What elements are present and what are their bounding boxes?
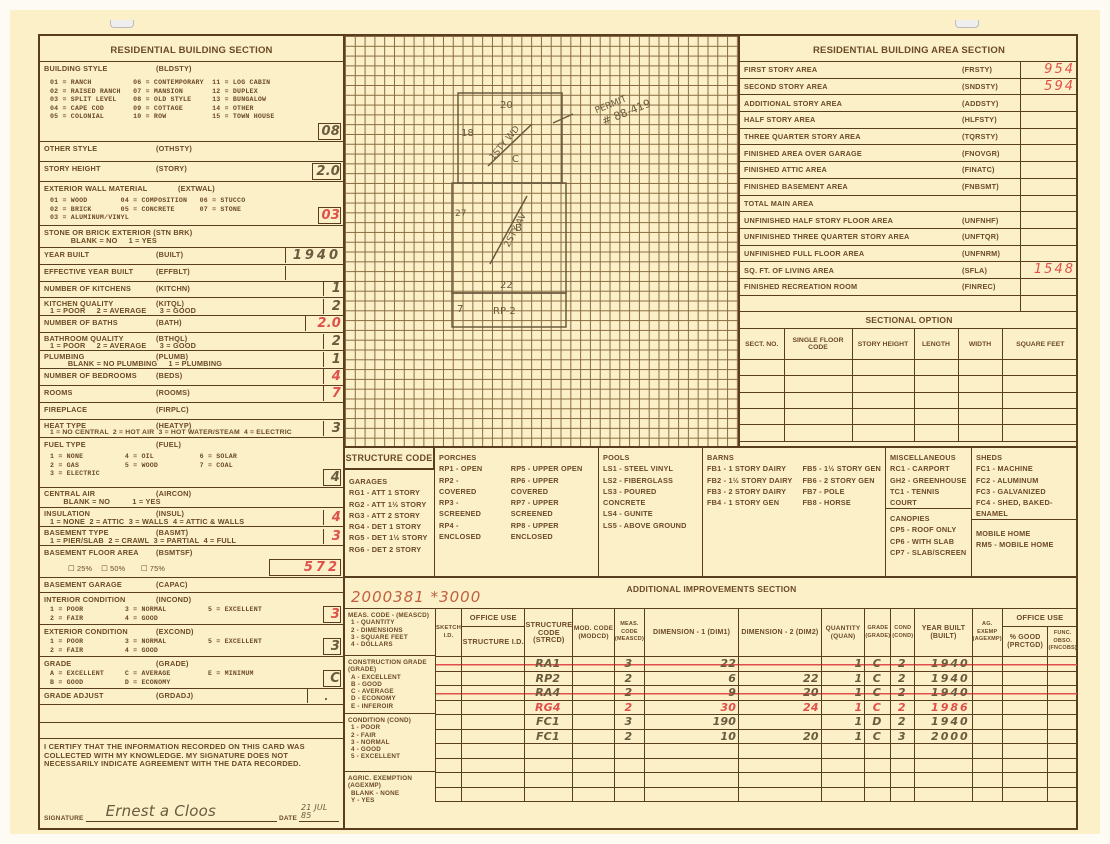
checkbox-75[interactable]: ☐ 75% [141, 564, 165, 573]
cond-cell[interactable]: 2 [891, 686, 915, 701]
year-built-cell[interactable]: 1940 [915, 671, 972, 686]
code-list: RC1 - CARPORTGH2 - GREENHOUSETC1 - TENNI… [890, 463, 967, 508]
basement-floor-area-field[interactable]: BASEMENT FLOOR AREA(BSMTSF) ☐ 25% ☐ 50% … [40, 546, 343, 578]
basement-type-field[interactable]: BASEMENT TYPE(BASMT) 1 = PIER/SLAB 2 = C… [40, 527, 343, 546]
area-value[interactable] [1020, 162, 1078, 178]
code-list: RM5 - MOBILE HOME [976, 539, 1074, 550]
basement-type-value[interactable]: 3 [323, 529, 341, 544]
residential-building-section: RESIDENTIAL BUILDING SECTION BUILDING ST… [40, 36, 345, 828]
year-built-cell[interactable] [915, 787, 972, 802]
code-item: B - GOOD [351, 681, 432, 688]
quantity-cell[interactable] [821, 744, 865, 759]
year-built-cell[interactable]: 1940 [915, 715, 972, 730]
improvement-row[interactable]: FC1 3 190 1 D 2 1940 [436, 715, 1078, 730]
code-list: BLANK - NONEY - YES [348, 790, 432, 805]
grade-cell[interactable]: D [865, 715, 891, 730]
code-item: CP6 - WITH SLAB [890, 536, 967, 547]
kitchens-field[interactable]: NUMBER OF KITCHENS(KITCHN) 1 [40, 282, 343, 298]
svg-text:RP-2: RP-2 [493, 306, 516, 317]
structure-code-cell[interactable]: RA4 [525, 686, 573, 701]
code-item: C - AVERAGE [351, 688, 432, 695]
area-row[interactable]: FINISHED RECREATION ROOM (FINREC) [740, 279, 1078, 296]
sheds-column: SHEDS FC1 - MACHINEFC2 - ALUMINUMFC3 - G… [972, 448, 1078, 520]
code-item: 1 - POOR [351, 724, 432, 731]
grade-cell[interactable]: C [865, 729, 891, 744]
fuel-type-field[interactable]: FUEL TYPE(FUEL) 1 = NONE 4 = OIL 6 = SOL… [40, 438, 343, 488]
area-value[interactable] [1020, 112, 1078, 128]
checkbox-25[interactable]: ☐ 25% [68, 564, 92, 573]
bedrooms-value[interactable]: 4 [323, 369, 341, 384]
code-list: LS1 - STEEL VINYLLS2 - FIBERGLASSLS3 - P… [603, 463, 698, 531]
interior-condition-value[interactable]: 3 [323, 606, 341, 623]
code-item: GH2 - GREENHOUSE [890, 475, 967, 486]
code-item: RM5 - MOBILE HOME [976, 539, 1074, 550]
code-item: RG5 - DET 1½ STORY [349, 532, 430, 543]
code-list: 1 - QUANTITY2 - DIMENSIONS3 - SQUARE FEE… [348, 619, 432, 648]
meas-code-cell[interactable]: 2 [614, 729, 644, 744]
basement-garage-field[interactable]: BASEMENT GARAGE(CAPAC) [40, 578, 343, 593]
improvement-row[interactable] [436, 744, 1078, 759]
code-list: RP5 - UPPER OPENRP6 - UPPER COVEREDRP7 -… [511, 463, 594, 542]
section-title: RESIDENTIAL BUILDING SECTION [40, 36, 343, 62]
pools-column: POOLS LS1 - STEEL VINYLLS2 - FIBERGLASSL… [599, 448, 703, 576]
heat-type-field[interactable]: HEAT TYPE(HEATYP) 1 = NO CENTRAL 2 = HOT… [40, 420, 343, 438]
bath-quality-value[interactable]: 2 [323, 334, 341, 349]
code-item: FC3 - GALVANIZED [976, 486, 1074, 497]
code-item: FB2 - 1½ STORY DAIRY [707, 475, 793, 486]
sectional-row[interactable] [740, 408, 1078, 424]
improvement-row[interactable]: RP2 2 6 22 1 C 2 1940 [436, 671, 1078, 686]
code-item: RP1 - OPEN [439, 463, 497, 474]
meas-code-cell[interactable]: 2 [614, 686, 644, 701]
meas-code-cell[interactable]: 2 [614, 671, 644, 686]
section-title: RESIDENTIAL BUILDING AREA SECTION [740, 36, 1078, 62]
area-value[interactable] [1020, 145, 1078, 161]
sectional-row[interactable] [740, 392, 1078, 408]
cond-cell[interactable] [891, 787, 915, 802]
canopies-column: CANOPIES CP5 - ROOF ONLYCP6 - WITH SLABC… [886, 509, 972, 576]
svg-text:20: 20 [500, 100, 513, 111]
quantity-cell[interactable]: 1 [821, 686, 865, 701]
improvement-row[interactable]: FC1 2 10 20 1 C 3 2000 [436, 729, 1078, 744]
cond-cell[interactable] [891, 744, 915, 759]
code-item: FC1 - MACHINE [976, 463, 1074, 474]
quantity-cell[interactable] [821, 758, 865, 773]
plumbing-value[interactable]: 1 [323, 352, 341, 367]
improvement-row[interactable] [436, 787, 1078, 802]
svg-text:27: 27 [455, 209, 466, 219]
signature-block: SIGNATURE Ernest a Cloos DATE 21 JUL 85 [44, 804, 339, 822]
code-item: RG3 - ATT 2 STORY [349, 510, 430, 521]
area-row[interactable]: SQ. FT. OF LIVING AREA (SFLA) 1548 [740, 262, 1078, 279]
meas-code-cell[interactable]: 2 [614, 700, 644, 715]
improvements-table: SKETCH I.D. OFFICE USE STRUCTURE CODE (S… [435, 608, 1078, 802]
dim2-cell[interactable]: 24 [739, 700, 822, 715]
mobile-home-column: MOBILE HOME RM5 - MOBILE HOME [972, 520, 1078, 576]
code-item: FB4 - 1 STORY GEN [707, 497, 793, 508]
meas-code-cell[interactable] [614, 758, 644, 773]
code-item: FC2 - ALUMINUM [976, 475, 1074, 486]
cond-cell[interactable]: 2 [891, 715, 915, 730]
sectional-row[interactable] [740, 376, 1078, 392]
plumbing-field[interactable]: PLUMBING(PLUMB) BLANK = NO PLUMBING 1 = … [40, 351, 343, 369]
code-item: RP6 - UPPER COVERED [511, 475, 594, 498]
area-row[interactable]: UNFINISHED HALF STORY FLOOR AREA (UNFNHF… [740, 212, 1078, 229]
code-list: RP1 - OPENRP2 - COVEREDRP3 - SCREENEDRP4… [439, 463, 497, 542]
dim2-cell[interactable] [739, 657, 822, 672]
area-value[interactable] [1020, 196, 1078, 212]
baths-field[interactable]: NUMBER OF BATHS(BATH) 2.0 [40, 316, 343, 333]
exterior-wall-field[interactable]: EXTERIOR WALL MATERIAL(EXTWAL) 01 = WOOD… [40, 182, 343, 226]
svg-text:22: 22 [500, 280, 513, 291]
dim1-cell[interactable]: 6 [645, 671, 739, 686]
dim2-cell[interactable] [739, 715, 822, 730]
certification-text: I CERTIFY THAT THE INFORMATION RECORDED … [40, 739, 343, 773]
building-style-value[interactable]: 08 [318, 123, 342, 140]
paper-clip-mark [955, 20, 979, 28]
code-item: LS5 - ABOVE GROUND [603, 520, 698, 531]
code-item: FB7 - POLE [803, 486, 881, 497]
code-item: RP2 - COVERED [439, 475, 497, 498]
structure-code-title: STRUCTURE CODE [345, 448, 435, 470]
fuel-type-value[interactable]: 4 [323, 469, 341, 486]
kitchen-quality-value[interactable]: 2 [323, 299, 341, 314]
code-item: 2 - FAIR [351, 732, 432, 739]
grade-cell[interactable] [865, 744, 891, 759]
code-item: TC1 - TENNIS COURT [890, 486, 967, 509]
code-item: 2 - DIMENSIONS [351, 627, 432, 634]
year-built-cell[interactable]: 1986 [915, 700, 972, 715]
dim1-cell[interactable]: 190 [645, 715, 739, 730]
area-value[interactable]: 1548 [1020, 262, 1078, 278]
code-list: FB1 - 1 STORY DAIRYFB2 - 1½ STORY DAIRYF… [707, 463, 793, 508]
code-item: D - ECONOMY [351, 695, 432, 702]
code-item: 4 - DOLLARS [351, 641, 432, 648]
quantity-cell[interactable]: 1 [821, 657, 865, 672]
year-built-cell[interactable]: 1940 [915, 657, 972, 672]
year-built-cell[interactable] [915, 773, 972, 788]
grade-cell[interactable] [865, 758, 891, 773]
dim2-cell[interactable]: 22 [739, 671, 822, 686]
cond-cell[interactable] [891, 758, 915, 773]
improvement-row[interactable]: RA4 2 9 20 1 C 2 1940 [436, 686, 1078, 701]
improvement-row[interactable] [436, 758, 1078, 773]
code-item: 1 - QUANTITY [351, 619, 432, 626]
sectional-option-title: SECTIONAL OPTION [740, 312, 1078, 329]
area-row[interactable]: FINISHED AREA OVER GARAGE (FNOVGR) [740, 145, 1078, 162]
code-list: 1 - POOR2 - FAIR3 - NORMAL4 - GOOD5 - EX… [348, 724, 432, 760]
cond-cell[interactable] [891, 773, 915, 788]
bath-quality-field[interactable]: BATHROOM QUALITY(BTHQL) 1 = POOR 2 = AVE… [40, 333, 343, 351]
grade-cell[interactable] [865, 773, 891, 788]
code-item: 3 - SQUARE FEET [351, 634, 432, 641]
garages-column: GARAGES RG1 - ATT 1 STORYRG2 - ATT 1½ ST… [345, 470, 435, 576]
code-item: RP8 - UPPER ENCLOSED [511, 520, 594, 543]
code-list: FB5 - 1½ STORY GENFB6 - 2 STORY GENFB7 -… [803, 463, 881, 508]
quantity-cell[interactable] [821, 787, 865, 802]
cond-cell[interactable]: 2 [891, 657, 915, 672]
code-item: LS2 - FIBERGLASS [603, 475, 698, 486]
dim1-cell[interactable] [645, 773, 739, 788]
other-style-field[interactable]: OTHER STYLE(OTHSTY) [40, 142, 343, 162]
story-height-field[interactable]: STORY HEIGHT(STORY) 2.0 [40, 162, 343, 182]
quantity-cell[interactable]: 1 [821, 715, 865, 730]
dim1-cell[interactable]: 30 [645, 700, 739, 715]
area-value[interactable] [1020, 95, 1078, 111]
dim1-cell[interactable]: 22 [645, 657, 739, 672]
code-item: RG1 - ATT 1 STORY [349, 487, 430, 498]
structure-code-cell[interactable] [525, 787, 573, 802]
code-item: BLANK - NONE [351, 790, 432, 797]
heat-type-value[interactable]: 3 [323, 421, 341, 436]
structure-code-cell[interactable]: FC1 [525, 715, 573, 730]
assessment-form: RESIDENTIAL BUILDING SECTION BUILDING ST… [38, 34, 1078, 830]
basement-floor-area-value[interactable]: 572 [269, 559, 341, 576]
code-item: RP5 - UPPER OPEN [511, 463, 594, 474]
interior-condition-field[interactable]: INTERIOR CONDITION(INCOND) 1 = POOR 3 = … [40, 593, 343, 625]
year-built-value[interactable]: 1940 [285, 248, 341, 263]
year-built-cell[interactable]: 2000 [915, 729, 972, 744]
dim2-cell[interactable] [739, 787, 822, 802]
miscellaneous-column: MISCELLANEOUS RC1 - CARPORTGH2 - GREENHO… [886, 448, 972, 509]
date-field[interactable]: 21 JUL 85 [299, 804, 339, 822]
structure-code-cell[interactable] [525, 744, 573, 759]
code-item: 4 - GOOD [351, 746, 432, 753]
svg-text:B: B [515, 223, 522, 234]
quantity-cell[interactable]: 1 [821, 729, 865, 744]
code-item: FB6 - 2 STORY GEN [803, 475, 881, 486]
dim2-cell[interactable]: 20 [739, 729, 822, 744]
area-value[interactable] [1020, 246, 1078, 262]
dim1-cell[interactable]: 9 [645, 686, 739, 701]
quantity-cell[interactable]: 1 [821, 671, 865, 686]
code-item: FB8 - HORSE [803, 497, 881, 508]
dim1-cell[interactable] [645, 744, 739, 759]
area-row[interactable]: UNFINISHED THREE QUARTER STORY AREA (UNF… [740, 229, 1078, 246]
year-built-cell[interactable]: 1940 [915, 686, 972, 701]
area-row[interactable]: UNFINISHED FULL FLOOR AREA (UNFNRM) [740, 246, 1078, 263]
structure-code-cell[interactable] [525, 758, 573, 773]
additional-improvements-section: 2000381 *3000 ADDITIONAL IMPROVEMENTS SE… [345, 578, 1078, 828]
meas-code-cell[interactable]: 3 [614, 715, 644, 730]
stone-brick-field[interactable]: STONE OR BRICK EXTERIOR (STN BRK) BLANK … [40, 226, 343, 248]
cond-cell[interactable]: 2 [891, 671, 915, 686]
code-item: CP5 - ROOF ONLY [890, 524, 967, 535]
code-item: RG2 - ATT 1½ STORY [349, 499, 430, 510]
grade-cell[interactable] [865, 787, 891, 802]
exterior-condition-field[interactable]: EXTERIOR CONDITION(EXCOND) 1 = POOR 3 = … [40, 625, 343, 657]
code-item: LS4 - GUNITE [603, 508, 698, 519]
grade-value[interactable]: C [323, 670, 341, 687]
svg-text:18: 18 [461, 128, 474, 139]
sectional-row[interactable] [740, 359, 1078, 375]
code-item: LS1 - STEEL VINYL [603, 463, 698, 474]
code-item: FB3 - 2 STORY DAIRY [707, 486, 793, 497]
exterior-condition-value[interactable]: 3 [323, 638, 341, 655]
code-item: E - INFEROIR [351, 703, 432, 710]
area-value[interactable] [1020, 179, 1078, 195]
signature-field[interactable]: Ernest a Cloos [86, 804, 277, 822]
dim1-cell[interactable]: 10 [645, 729, 739, 744]
code-item: 3 - NORMAL [351, 739, 432, 746]
area-value[interactable] [1020, 229, 1078, 245]
structure-code-cell[interactable]: FC1 [525, 729, 573, 744]
code-item: Y - YES [351, 797, 432, 804]
building-sketch: 20 18 1STY WD C PERMIT # 88-419 27 2STY … [345, 36, 740, 446]
fireplace-field[interactable]: FIREPLACE(FIRPLC) [40, 403, 343, 420]
grade-cell[interactable]: C [865, 686, 891, 701]
area-row[interactable]: FIRST STORY AREA (FRSTY) 954 [740, 62, 1078, 79]
blank-row [40, 723, 343, 739]
insulation-field[interactable]: INSULATION(INSUL) 1 = NONE 2 = ATTIC 3 =… [40, 508, 343, 527]
meas-code-cell[interactable] [614, 744, 644, 759]
grade-cell[interactable]: C [865, 700, 891, 715]
exterior-wall-value[interactable]: 03 [318, 207, 342, 224]
meas-code-cell[interactable] [614, 773, 644, 788]
area-value[interactable] [1020, 279, 1078, 295]
svg-text:C: C [512, 154, 519, 165]
cond-cell[interactable]: 3 [891, 729, 915, 744]
structure-code-cell[interactable]: RG4 [525, 700, 573, 715]
building-area-section: RESIDENTIAL BUILDING AREA SECTION FIRST … [740, 36, 1078, 446]
code-item: FB5 - 1½ STORY GEN [803, 463, 881, 474]
blank-row [40, 705, 343, 723]
code-item: FB1 - 1 STORY DAIRY [707, 463, 793, 474]
code-item: RP4 - ENCLOSED [439, 520, 497, 543]
building-style-field[interactable]: BUILDING STYLE(BLDSTY) 01 = RANCH 06 = C… [40, 62, 343, 142]
area-row[interactable]: ADDITIONAL STORY AREA (ADDSTY) [740, 95, 1078, 112]
code-list: A - EXCELLENTB - GOODC - AVERAGED - ECON… [348, 674, 432, 710]
effective-year-built-value[interactable] [285, 266, 341, 280]
grade-adjust-value[interactable]: . [307, 688, 341, 703]
paper-clip-mark [110, 20, 134, 28]
structure-code-cell[interactable] [525, 773, 573, 788]
sketch-grid[interactable]: 20 18 1STY WD C PERMIT # 88-419 27 2STY … [345, 36, 740, 446]
year-built-cell[interactable] [915, 744, 972, 759]
bedrooms-field[interactable]: NUMBER OF BEDROOMS(BEDS) 4 [40, 369, 343, 386]
area-row[interactable]: FINISHED ATTIC AREA (FINATC) [740, 162, 1078, 179]
code-item: RG6 - DET 2 STORY [349, 544, 430, 555]
code-item: RP3 - SCREENED [439, 497, 497, 520]
code-list: CP5 - ROOF ONLYCP6 - WITH SLABCP7 - SLAB… [890, 524, 967, 558]
grade-adjust-field[interactable]: GRADE ADJUST(GRDADJ) . [40, 689, 343, 705]
structure-code-cell[interactable]: RA1 [525, 657, 573, 672]
story-height-value[interactable]: 2.0 [312, 163, 341, 180]
code-item: CP7 - SLAB/SCREEN [890, 547, 967, 558]
rooms-value[interactable]: 7 [323, 386, 341, 401]
building-style-options: 01 = RANCH 06 = CONTEMPORARY 11 = LOG CA… [44, 79, 339, 122]
rooms-field[interactable]: ROOMS(ROOMS) 7 [40, 386, 343, 403]
meas-code-cell[interactable]: 3 [614, 657, 644, 672]
dim1-cell[interactable] [645, 787, 739, 802]
kitchens-value[interactable]: 1 [323, 281, 341, 296]
quantity-cell[interactable]: 1 [821, 700, 865, 715]
dim2-cell[interactable] [739, 744, 822, 759]
area-value[interactable] [1020, 296, 1078, 312]
improvement-row[interactable]: RG4 2 30 24 1 C 2 1986 [436, 700, 1078, 715]
quantity-cell[interactable] [821, 773, 865, 788]
area-row[interactable]: TOTAL MAIN AREA [740, 196, 1078, 213]
barns-column: BARNS FB1 - 1 STORY DAIRYFB2 - 1½ STORY … [703, 448, 886, 576]
kitchen-quality-field[interactable]: KITCHEN QUALITY(KITQL) 1 = POOR 2 = AVER… [40, 298, 343, 316]
area-value[interactable]: 594 [1020, 79, 1078, 95]
sectional-row[interactable] [740, 425, 1078, 441]
structure-code-section: STRUCTURE CODE GARAGES RG1 - ATT 1 STORY… [345, 446, 1078, 578]
meas-code-cell[interactable] [614, 787, 644, 802]
area-row[interactable]: THREE QUARTER STORY AREA (TQRSTY) [740, 129, 1078, 146]
code-list: RG1 - ATT 1 STORYRG2 - ATT 1½ STORYRG3 -… [349, 487, 430, 555]
dim2-cell[interactable] [739, 758, 822, 773]
dim2-cell[interactable]: 20 [739, 686, 822, 701]
year-built-field[interactable]: YEAR BUILT(BUILT) 1940 [40, 248, 343, 265]
central-air-field[interactable]: CENTRAL AIR(AIRCON) BLANK = NO 1 = YES [40, 488, 343, 508]
dim2-cell[interactable] [739, 773, 822, 788]
cond-cell[interactable]: 2 [891, 700, 915, 715]
code-item: RP7 - UPPER SCREENED [511, 497, 594, 520]
area-row[interactable]: SECOND STORY AREA (SNDSTY) 594 [740, 79, 1078, 96]
area-row[interactable] [740, 296, 1078, 313]
area-row[interactable]: HALF STORY AREA (HLFSTY) [740, 112, 1078, 129]
grade-cell[interactable]: C [865, 657, 891, 672]
year-built-cell[interactable] [915, 758, 972, 773]
dim1-cell[interactable] [645, 758, 739, 773]
svg-text:7: 7 [457, 304, 463, 315]
area-value[interactable] [1020, 129, 1078, 145]
baths-value[interactable]: 2.0 [305, 316, 341, 331]
porches-column: PORCHES RP1 - OPENRP2 - COVEREDRP3 - SCR… [435, 448, 599, 576]
area-value[interactable] [1020, 212, 1078, 228]
code-item: RG4 - DET 1 STORY [349, 521, 430, 532]
code-item: LS3 - POURED CONCRETE [603, 486, 698, 509]
improvement-row[interactable] [436, 773, 1078, 788]
effective-year-built-field[interactable]: EFFECTIVE YEAR BUILT(EFFBLT) [40, 265, 343, 282]
grade-cell[interactable]: C [865, 671, 891, 686]
grade-field[interactable]: GRADE(GRADE) A = EXCELLENT C = AVERAGE E… [40, 657, 343, 689]
sectional-option-table: SECT. NO. SINGLE FLOOR CODE STORY HEIGHT… [740, 329, 1078, 441]
structure-code-cell[interactable]: RP2 [525, 671, 573, 686]
area-value[interactable]: 954 [1020, 62, 1078, 78]
code-list: FC1 - MACHINEFC2 - ALUMINUMFC3 - GALVANI… [976, 463, 1074, 519]
section-title: ADDITIONAL IMPROVEMENTS SECTION [345, 584, 1078, 594]
code-item: RC1 - CARPORT [890, 463, 967, 474]
improvement-row[interactable]: RA1 3 22 1 C 2 1940 [436, 657, 1078, 672]
insulation-value[interactable]: 4 [323, 510, 341, 525]
code-item: A - EXCELLENT [351, 674, 432, 681]
code-item: 5 - EXCELLENT [351, 753, 432, 760]
area-row[interactable]: FINISHED BASEMENT AREA (FNBSMT) [740, 179, 1078, 196]
checkbox-50[interactable]: ☐ 50% [101, 564, 125, 573]
codes-legend: MEAS. CODE - (MEASCD) 1 - QUANTITY2 - DI… [345, 608, 435, 807]
code-item: FC4 - SHED, BAKED-ENAMEL [976, 497, 1074, 520]
